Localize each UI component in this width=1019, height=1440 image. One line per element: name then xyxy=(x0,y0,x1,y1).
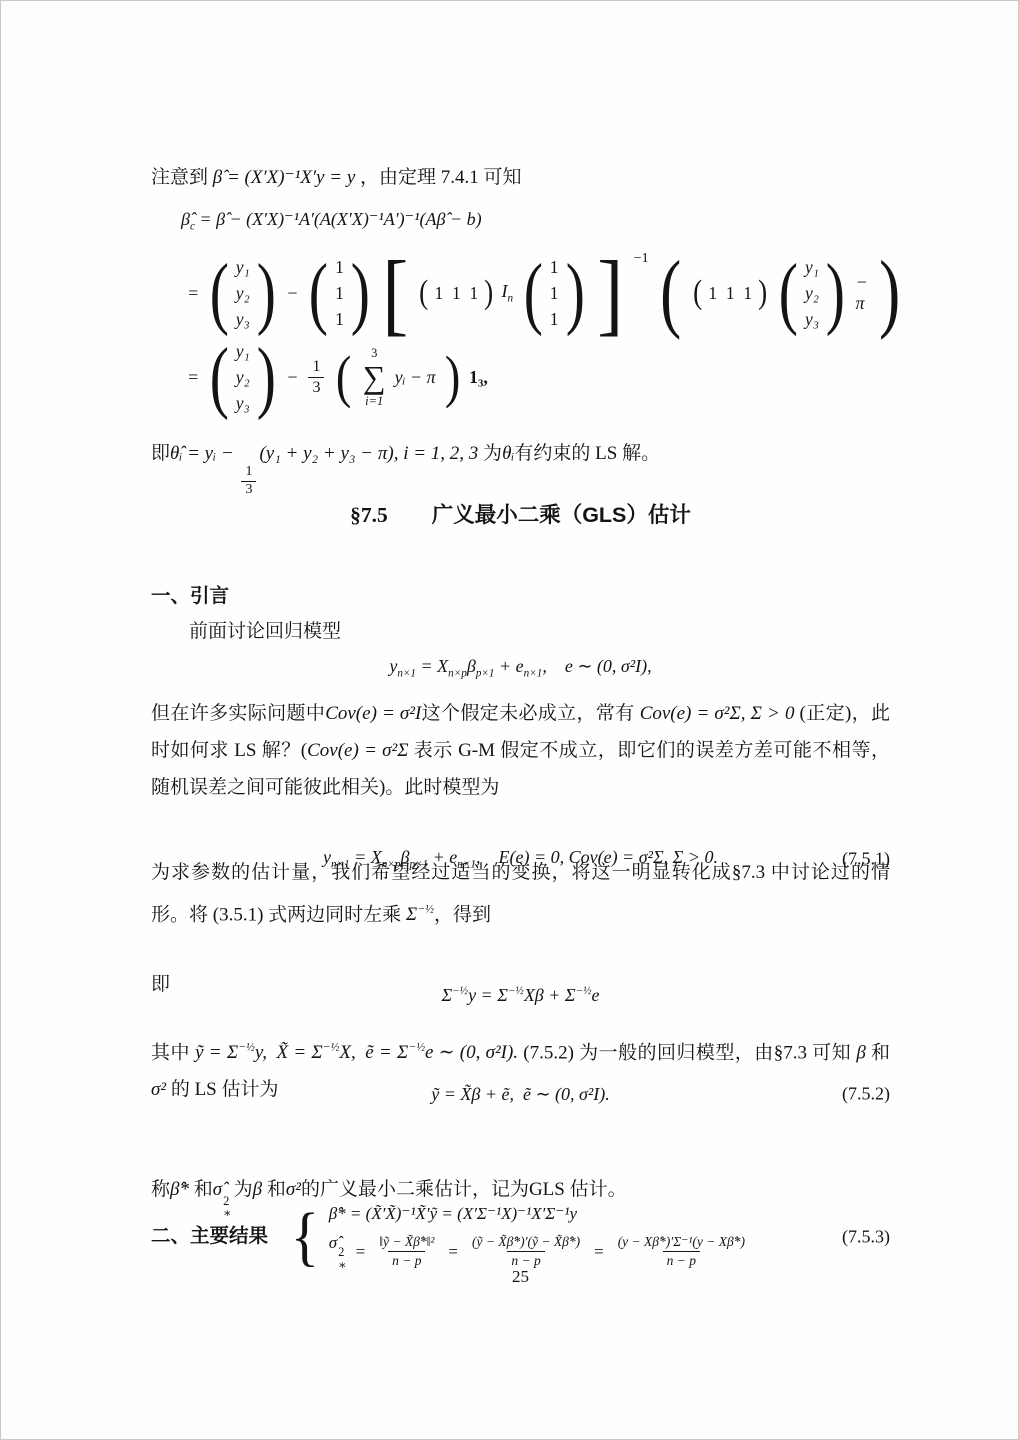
paragraph-theta: 即θ̂ᵢ = yᵢ − 13(y₁ + y₂ + y₃ − π), i = 1,… xyxy=(151,435,890,499)
math-run: Cov(e) = σ²Σ xyxy=(307,740,408,761)
identity-matrix: In xyxy=(502,281,514,305)
heading-main-results: 二、主要结果 xyxy=(151,1220,890,1248)
math-run: β xyxy=(467,656,476,676)
heading-intro: 一、引言 xyxy=(151,580,890,608)
math-sup: −½ xyxy=(408,1041,425,1054)
paren: ( xyxy=(419,276,428,310)
numerator: 1 xyxy=(241,464,256,481)
math-run: σ̂ xyxy=(213,1179,222,1200)
math-run: σ² xyxy=(286,1179,301,1200)
paren: ( xyxy=(336,348,351,406)
text-run: 和 xyxy=(262,1179,286,1200)
math-run: Σ xyxy=(406,904,417,925)
row-vector-ones: (1 1 1) xyxy=(418,276,494,310)
denominator: 3 xyxy=(241,481,256,499)
math-run: β xyxy=(856,1042,865,1063)
matrix-cell: 1 xyxy=(335,306,344,332)
text-run: 注意到 xyxy=(151,167,213,188)
sigma-icon: ∑ xyxy=(363,361,386,393)
math-run: yᵢ − π xyxy=(395,367,436,388)
math-run: y, X̃ = Σ xyxy=(255,1042,323,1063)
math-run: Σ−½ xyxy=(406,904,434,925)
text-run: 有约束的 LS 解。 xyxy=(514,443,660,464)
math-run: (y₁ + y₂ + y₃ − π), i = 1, 2, 3 xyxy=(259,443,483,464)
matrix-cell: y₃ xyxy=(236,390,250,416)
paragraph-transform: 为求参数的估计量，我们希望经过适当的变换，将这一明显转化成§7.3 中讨论过的情… xyxy=(151,854,890,933)
math-run: β xyxy=(253,1179,262,1200)
paragraph-cov: 但在许多实际问题中Cov(e) = σ²I这个假定未必成立，常有 Cov(e) … xyxy=(151,695,890,806)
math-sub: p×1 xyxy=(476,668,495,680)
text-run: ，由定理 7.4.1 可知 xyxy=(355,167,521,188)
sum-lower-limit: i=1 xyxy=(365,395,383,408)
column-vector-y: (y₁y₂y₃) xyxy=(206,337,279,417)
text-run: 但在许多实际问题中 xyxy=(151,703,325,724)
paren: ) xyxy=(351,253,370,333)
matrix-cell: 1 xyxy=(335,280,344,306)
minus-sign: − xyxy=(286,367,298,388)
bracket: ] xyxy=(597,247,623,339)
math-run: X, ẽ = Σ xyxy=(339,1042,408,1063)
text-run: ，得到 xyxy=(434,904,491,925)
row-cells: 1 1 1 xyxy=(703,283,757,304)
paren: ( xyxy=(693,276,702,310)
page-number: 25 xyxy=(151,1267,890,1287)
paren: ( xyxy=(309,253,328,333)
row-vector-ones: (1 1 1) xyxy=(692,276,768,310)
sigma-hat: σ̂2∗ xyxy=(213,1179,234,1200)
sum-upper-limit: 3 xyxy=(371,347,377,360)
numerator: 1 xyxy=(308,357,324,376)
math-sup: −½ xyxy=(417,903,434,916)
paragraph-note: 注意到 β̂ = (X′X)⁻¹X′y = y ，由定理 7.4.1 可知 xyxy=(151,159,890,196)
matrix-cell: y₂ xyxy=(805,280,819,306)
column-vector-y: (y₁y₂y₃) xyxy=(775,253,848,333)
text-run: 这个假定未必成立，常有 xyxy=(421,703,639,724)
math-sub: n×1 xyxy=(524,668,543,680)
column-vector-y: (y₁y₂y₃) xyxy=(206,253,279,333)
math-run: Cov(e) = σ²Σ, Σ > 0 xyxy=(640,703,795,724)
denominator: 3 xyxy=(308,377,324,397)
paren: ) xyxy=(758,276,767,310)
math-run: = β̂ − (X′X)⁻¹A′(A(X′X)⁻¹A′)⁻¹(Aβ̂ − b) xyxy=(195,209,482,229)
text-run: 的 LS 估计为 xyxy=(166,1079,278,1100)
math-sup: 2 xyxy=(338,1246,344,1259)
matrix-cell: y₁ xyxy=(236,254,250,280)
text-run: 称 xyxy=(151,1179,170,1200)
matrix-cell: y₃ xyxy=(236,306,250,332)
matrix-column: y₁y₂y₃ xyxy=(802,254,822,332)
paren: ( xyxy=(524,253,543,333)
text-run: 为求参数的估计量，我们希望经过适当的变换，将这一明显转化成§7.3 中讨论过的情… xyxy=(151,862,890,925)
math-run: σ² xyxy=(151,1079,166,1100)
math-run: yn×1 = Xn×pβp×1 + en×1, e ∼ (0, σ²I), xyxy=(389,656,651,676)
equation-constrained-ls-line2: = (y₁y₂y₃) − (111) [ (1 1 1) In (111) ] … xyxy=(187,247,904,339)
math-sup: −½ xyxy=(323,1041,340,1054)
paren: ) xyxy=(256,337,275,417)
paragraph-lead: 前面讨论回归模型 xyxy=(151,613,890,650)
math-run: ỹ = Σ xyxy=(195,1042,238,1063)
math-run: β̂ xyxy=(181,209,190,229)
paragraph-gls: 称β̂* 和σ̂2∗为β 和σ²的广义最小二乘估计，记为GLS 估计。 xyxy=(151,1171,890,1220)
text-run: 为 xyxy=(234,1179,253,1200)
document-page: 注意到 β̂ = (X′X)⁻¹X′y = y ，由定理 7.4.1 可知 β̂… xyxy=(0,0,1019,1440)
section-title-text: 广义最小二乘（GLS）估计 xyxy=(432,498,691,529)
math-run: + e xyxy=(495,656,524,676)
paren: ( xyxy=(779,253,798,333)
paragraph-ji: 即 xyxy=(151,966,890,1003)
math-run: , e ∼ (0, σ²I), xyxy=(542,656,651,676)
paren: ( xyxy=(210,253,229,333)
math-run: = X xyxy=(416,656,448,676)
paren: ) xyxy=(879,249,900,337)
matrix-cell: y₂ xyxy=(236,364,250,390)
math-sub: n xyxy=(508,293,514,305)
minus-sign: − xyxy=(286,283,298,304)
math-sub: ∗ xyxy=(223,1207,232,1220)
column-vector-ones: (111) xyxy=(305,253,373,333)
math-sup: −½ xyxy=(238,1041,255,1054)
bracket: [ xyxy=(383,247,409,339)
math-run: β̂ = (X′X)⁻¹X′y = y xyxy=(213,167,355,188)
column-vector-ones: (111) xyxy=(520,253,588,333)
ones-vector: 1₃, xyxy=(469,367,488,388)
section-title: §7.5广义最小二乘（GLS）估计 xyxy=(151,498,890,529)
fraction-one-third: 13 xyxy=(241,464,256,499)
math-run: e ∼ (0, σ²I). xyxy=(425,1042,518,1063)
paren: ( xyxy=(660,249,681,337)
paren: ) xyxy=(826,253,845,333)
matrix-column: y₁y₂y₃ xyxy=(233,338,253,416)
math-sub: n×p xyxy=(448,668,467,680)
matrix-cell: y₁ xyxy=(236,338,250,364)
text-run: 和 xyxy=(866,1042,890,1063)
matrix-column: 111 xyxy=(332,254,347,332)
section-number: §7.5 xyxy=(350,503,388,528)
page-content: 注意到 β̂ = (X′X)⁻¹X′y = y ，由定理 7.4.1 可知 β̂… xyxy=(151,1,890,1439)
equation-constrained-ls-line3: = (y₁y₂y₃) − 13 ( 3∑i=1 yᵢ − π ) 1₃, xyxy=(187,337,488,417)
math-run: θ̂ᵢ = yᵢ − xyxy=(170,443,238,464)
equals-sign: = xyxy=(187,283,199,304)
equals-sign: = xyxy=(187,367,199,388)
text-run: 的广义最小二乘估计，记为GLS 估计。 xyxy=(301,1179,627,1200)
text-run: (7.5.2) 为一般的回归模型，由§7.3 可知 xyxy=(518,1042,856,1063)
row-cells: 1 1 1 xyxy=(429,283,483,304)
math-run: Cov(e) = σ²I xyxy=(325,703,421,724)
math-run: − π xyxy=(856,272,868,314)
paren: ) xyxy=(565,253,584,333)
paren: ( xyxy=(210,337,229,417)
matrix-cell: 1 xyxy=(335,254,344,280)
matrix-cell: y₃ xyxy=(805,306,819,332)
paragraph-where: 其中 ỹ = Σ−½y, X̃ = Σ−½X, ẽ = Σ−½e ∼ (0, σ… xyxy=(151,1029,890,1108)
text-run: 和 xyxy=(189,1179,213,1200)
matrix-column: 111 xyxy=(547,254,562,332)
matrix-column: y₁y₂y₃ xyxy=(233,254,253,332)
math-run: θᵢ xyxy=(502,443,514,464)
math-run: β̂* xyxy=(170,1179,189,1200)
matrix-cell: 1 xyxy=(550,280,559,306)
summation: 3∑i=1 xyxy=(363,347,386,408)
math-run: ỹ = Σ−½y, X̃ = Σ−½X, ẽ = Σ−½e ∼ (0, σ²I)… xyxy=(195,1042,518,1063)
paren: ) xyxy=(445,348,460,406)
text-run: 即 xyxy=(151,443,170,464)
paren: ) xyxy=(484,276,493,310)
matrix-cell: 1 xyxy=(550,254,559,280)
fraction-one-third: 13 xyxy=(308,357,324,396)
matrix-cell: y₂ xyxy=(236,280,250,306)
equation-model: yn×1 = Xn×pβp×1 + en×1, e ∼ (0, σ²I), xyxy=(151,653,890,682)
text-run: 为 xyxy=(483,443,502,464)
exponent: −1 xyxy=(634,251,649,267)
text-run: 其中 xyxy=(151,1042,195,1063)
paren: ) xyxy=(256,253,275,333)
stacked-scripts: 2∗ xyxy=(223,1195,232,1220)
matrix-cell: y₁ xyxy=(805,254,819,280)
matrix-cell: 1 xyxy=(550,306,559,332)
math-sub: n×1 xyxy=(397,668,416,680)
equation-constrained-ls-line1: β̂c = β̂ − (X′X)⁻¹A′(A(X′X)⁻¹A′)⁻¹(Aβ̂ −… xyxy=(151,209,890,233)
